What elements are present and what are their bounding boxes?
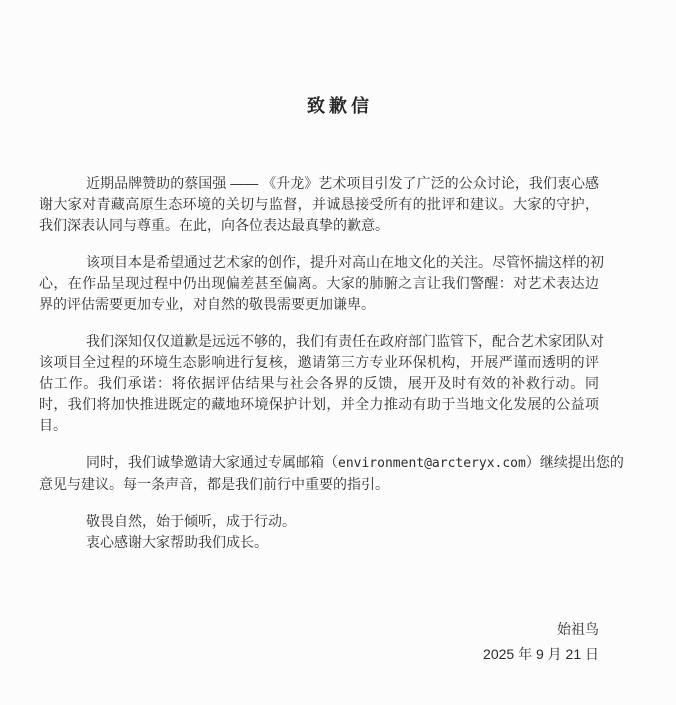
text-line: 该项目全过程的环境生态影响进行复核，邀请第三方专业环保机构，开展严谨而透明的评: [39, 352, 599, 373]
text-line: 近期品牌赞助的蔡国强 —— 《升龙》艺术项目引发了广泛的公众讨论，我们衷心感: [39, 173, 599, 194]
text-line: 时，我们将加快推进既定的藏地环境保护计划，并全力推动有助于当地文化发展的公益项: [39, 394, 599, 415]
letter-paragraphs: 近期品牌赞助的蔡国强 —— 《升龙》艺术项目引发了广泛的公众讨论，我们衷心感谢大…: [39, 173, 599, 495]
text-line: 心，在作品呈现过程中仍出现偏差甚至偏离。大家的肺腑之言让我们警醒：对艺术表达边: [39, 273, 599, 294]
text-line: 该项目本是希望通过艺术家的创作，提升对高山在地文化的关注。尽管怀揣这样的初: [39, 252, 599, 273]
signature-name: 始祖鸟: [39, 617, 599, 642]
text-line: 谢大家对青藏高原生态环境的关切与监督，并诚恳接受所有的批评和建议。大家的守护，: [39, 194, 599, 215]
text-line: 界的评估需要更加专业，对自然的敬畏需要更加谦卑。: [39, 294, 599, 315]
closing-line: 衷心感谢大家帮助我们成长。: [39, 532, 599, 553]
signature-date: 2025 年 9 月 21 日: [39, 642, 599, 667]
email-address: environment@arcteryx.com: [338, 456, 526, 471]
text-line: 意见与建议。每一条声音，都是我们前行中重要的指引。: [39, 474, 599, 495]
letter-title: 致歉信: [0, 0, 676, 116]
letter-body: 近期品牌赞助的蔡国强 —— 《升龙》艺术项目引发了广泛的公众讨论，我们衷心感谢大…: [39, 173, 599, 667]
apology-letter-page: 致歉信 近期品牌赞助的蔡国强 —— 《升龙》艺术项目引发了广泛的公众讨论，我们衷…: [0, 0, 676, 705]
text-line: 我们深表认同与尊重。在此，向各位表达最真挚的歉意。: [39, 215, 599, 236]
signature-block: 始祖鸟 2025 年 9 月 21 日: [39, 617, 599, 667]
paragraph: 同时，我们诚挚邀请大家通过专属邮箱（environment@arcteryx.c…: [39, 452, 599, 495]
text-line: 同时，我们诚挚邀请大家通过专属邮箱（environment@arcteryx.c…: [39, 452, 599, 474]
paragraph: 近期品牌赞助的蔡国强 —— 《升龙》艺术项目引发了广泛的公众讨论，我们衷心感谢大…: [39, 173, 599, 236]
paragraph: 我们深知仅仅道歉是远远不够的，我们有责任在政府部门监管下，配合艺术家团队对该项目…: [39, 331, 599, 436]
text-line: 估工作。我们承诺：将依据评估结果与社会各界的反馈，展开及时有效的补救行动。同: [39, 373, 599, 394]
paragraph: 该项目本是希望通过艺术家的创作，提升对高山在地文化的关注。尽管怀揣这样的初心，在…: [39, 252, 599, 315]
text-line: 目。: [39, 415, 599, 436]
text-line: 我们深知仅仅道歉是远远不够的，我们有责任在政府部门监管下，配合艺术家团队对: [39, 331, 599, 352]
letter-closing: 敬畏自然，始于倾听，成于行动。衷心感谢大家帮助我们成长。: [39, 511, 599, 553]
closing-line: 敬畏自然，始于倾听，成于行动。: [39, 511, 599, 532]
